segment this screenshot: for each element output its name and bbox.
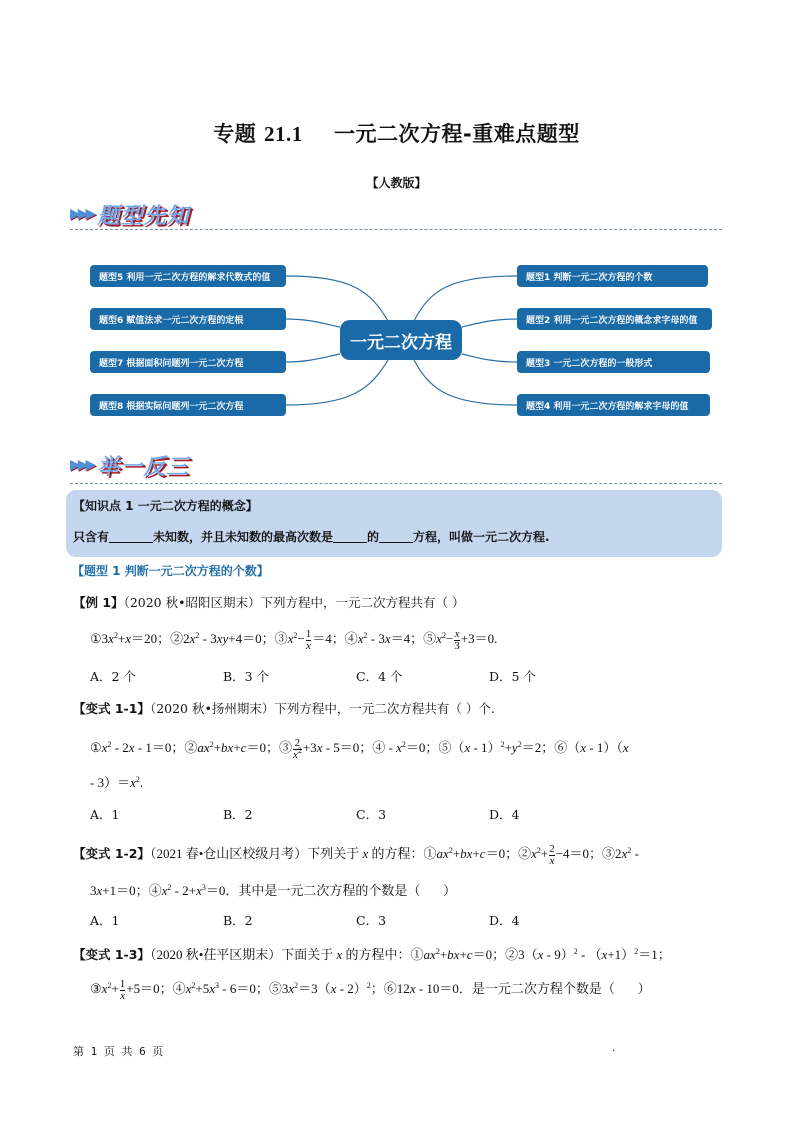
mindmap-center: 一元二次方程 [340, 320, 462, 360]
option-d[interactable]: D．4 [489, 911, 622, 929]
variant-1-1-options: A．1 B．2 C．3 D．4 [90, 805, 622, 823]
option-b[interactable]: B．3 个 [223, 667, 356, 685]
text-part: 只含有 [73, 530, 109, 544]
text-part: 未知数，并且未知数的最高次数是 [153, 530, 333, 544]
option-b[interactable]: B．2 [223, 805, 356, 823]
text-part: 方程，叫做一元二次方程. [413, 530, 550, 544]
dashed-divider [70, 483, 722, 484]
triple-arrow-icon: ▶▶▶ [70, 457, 93, 473]
footer-dot: . [612, 1041, 616, 1054]
option-d[interactable]: D．5 个 [489, 667, 622, 685]
knowledge-point-title: 【知识点 1 一元二次方程的概念】 [73, 497, 258, 514]
variant-tag: 【变式 1-3】 [73, 947, 150, 962]
example-stem-text: （2020 秋•昭阳区期末）下列方程中，一元二次方程共有（ ） [124, 595, 465, 610]
variant-1-3-line2: ③x2+1x+5＝0；④x2+5x3 - 6＝0；⑤3x2＝3（x - 2）2；… [90, 978, 651, 1002]
variant-1-2-stem: 【变式 1-2】（2021 春•仓山区校级月考）下列关于 x 的方程：①ax2+… [73, 843, 639, 867]
option-b[interactable]: B．2 [223, 911, 356, 929]
knowledge-point-text: 只含有未知数，并且未知数的最高次数是的方程，叫做一元二次方程. [73, 528, 550, 545]
option-c[interactable]: C．3 [356, 911, 489, 929]
variant-stem-text: （2020 秋•扬州期末）下列方程中，一元二次方程共有（ ）个. [150, 701, 495, 716]
mindmap-topic-7: 题型7 根据面积问题列一元二次方程 [90, 351, 286, 373]
fill-blank-1[interactable] [109, 530, 153, 543]
fill-blank-2[interactable] [333, 530, 367, 543]
banner-label: 举一反三 [97, 450, 189, 481]
example-1-stem: 【例 1】（2020 秋•昭阳区期末）下列方程中，一元二次方程共有（ ） [73, 593, 464, 611]
section-banner-practice: ▶▶▶ 举一反三 [70, 451, 189, 479]
option-a[interactable]: A．1 [90, 805, 223, 823]
mindmap-topic-8: 题型8 根据实际问题列一元二次方程 [90, 394, 286, 416]
variant-1-3-stem: 【变式 1-3】（2020 秋•茌平区期末）下面关于 x 的方程中：①ax2+b… [73, 944, 671, 963]
mindmap-topic-1: 题型1 判断一元二次方程的个数 [517, 265, 708, 287]
mindmap-topic-4: 题型4 利用一元二次方程的解求字母的值 [517, 394, 710, 416]
option-a[interactable]: A．1 [90, 911, 223, 929]
example-1-options: A．2 个 B．3 个 C．4 个 D．5 个 [90, 667, 622, 685]
variant-1-1-stem: 【变式 1-1】（2020 秋•扬州期末）下列方程中，一元二次方程共有（ ）个. [73, 699, 495, 717]
mindmap-topic-5: 题型5 利用一元二次方程的解求代数式的值 [90, 265, 286, 287]
mindmap-topic-6: 题型6 赋值法求一元二次方程的定根 [90, 308, 286, 330]
variant-1-2-line2: 3x+1＝0；④x2 - 2+x3＝0．其中是一元二次方程的个数是（ ） [90, 880, 456, 899]
fill-blank-3[interactable] [379, 530, 413, 543]
variant-tag: 【变式 1-2】 [73, 846, 150, 861]
variant-tag: 【变式 1-1】 [73, 701, 150, 716]
example-1-equations: ①3x2+x＝20；②2x2 - 3xy+4＝0；③x2−1x＝4；④x2 - … [90, 628, 497, 652]
option-a[interactable]: A．2 个 [90, 667, 223, 685]
option-d[interactable]: D．4 [489, 805, 622, 823]
question-type-heading: 【题型 1 判断一元二次方程的个数】 [72, 562, 269, 579]
variant-1-2-options: A．1 B．2 C．3 D．4 [90, 911, 622, 929]
option-c[interactable]: C．3 [356, 805, 489, 823]
text-part: 的 [367, 530, 379, 544]
variant-1-1-equations: ①x2 - 2x - 1＝0；②ax2+bx+c＝0；③2x2+3x - 5＝0… [90, 737, 629, 761]
mindmap-topic-3: 题型3 一元二次方程的一般形式 [517, 351, 710, 373]
example-tag: 【例 1】 [73, 595, 124, 610]
mindmap-topic-2: 题型2 利用一元二次方程的概念求字母的值 [517, 308, 712, 330]
option-c[interactable]: C．4 个 [356, 667, 489, 685]
variant-1-1-equations-cont: - 3）＝x2. [90, 772, 143, 791]
page-number: 第 1 页 共 6 页 [73, 1043, 163, 1059]
